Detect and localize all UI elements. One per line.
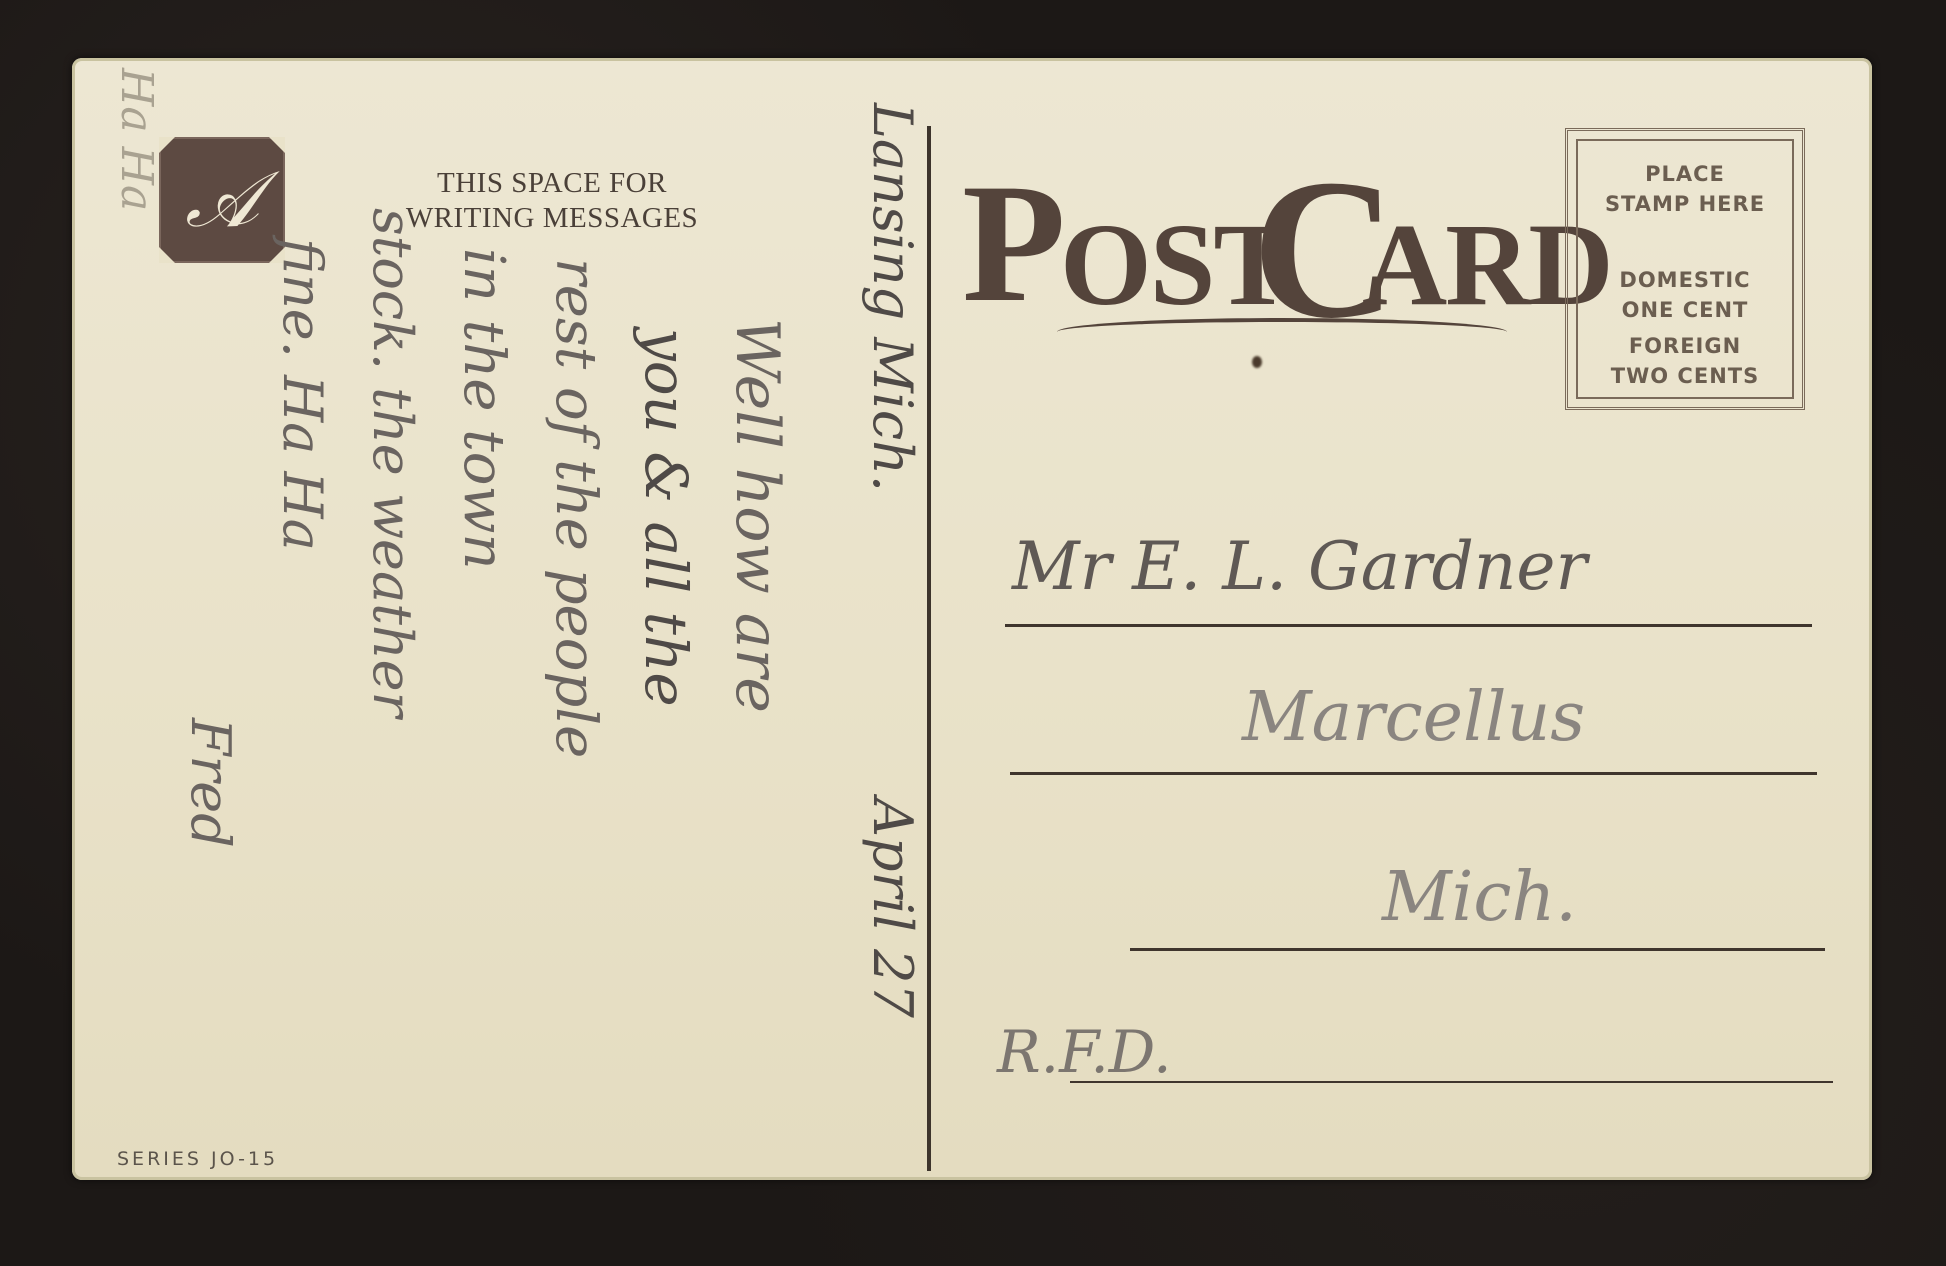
handwritten-place: Lansing Mich.: [861, 103, 924, 492]
stamp-text-two-cents: TWO CENTS: [1578, 361, 1792, 391]
monogram-logo-icon: 𝒜: [159, 137, 285, 263]
address-line-3: [1130, 948, 1825, 951]
address-line-2: [1010, 772, 1817, 775]
stamp-text-place: PLACE: [1578, 159, 1792, 189]
stamp-text-one-cent: ONE CENT: [1578, 295, 1792, 325]
address-city: Marcellus: [1242, 678, 1585, 757]
address-state: Mich.: [1382, 858, 1577, 937]
center-divider: [927, 126, 931, 1171]
handwritten-signature: Fred: [179, 718, 242, 848]
handwritten-line: you & all the: [632, 328, 700, 707]
title-letter-p: P: [962, 158, 1064, 328]
address-name: Mr E. L. Gardner: [1012, 528, 1587, 605]
address-line-4: [1070, 1081, 1833, 1083]
handwritten-line: rest of the people: [543, 258, 608, 758]
handwritten-line: Well how are: [722, 318, 792, 713]
heading-line-1: THIS SPACE FOR: [352, 166, 752, 201]
stamp-text-stamp-here: STAMP HERE: [1578, 189, 1792, 219]
handwritten-date: April 27: [861, 798, 924, 1018]
stamp-text-domestic: DOMESTIC: [1578, 265, 1792, 295]
address-route: R.F.D.: [997, 1018, 1172, 1086]
postcard: 𝒜 THIS SPACE FOR WRITING MESSAGES Lansin…: [72, 58, 1872, 1180]
monogram-glyph: 𝒜: [161, 139, 283, 261]
stamp-placement-box: PLACE STAMP HERE DOMESTIC ONE CENT FOREI…: [1565, 128, 1805, 410]
address-line-1: [1005, 624, 1812, 627]
handwritten-line: fine. Ha Ha: [271, 238, 334, 551]
stamp-foreign-rate: FOREIGN TWO CENTS: [1578, 331, 1792, 391]
stamp-box-inner-border: PLACE STAMP HERE DOMESTIC ONE CENT FOREI…: [1576, 139, 1794, 399]
postcard-title: P OST C ARD: [962, 158, 1532, 358]
stamp-domestic-rate: DOMESTIC ONE CENT: [1578, 265, 1792, 325]
handwritten-line: stock. the weather: [361, 208, 424, 717]
series-number: SERIES JO-15: [117, 1148, 278, 1170]
stamp-instruction: PLACE STAMP HERE: [1578, 159, 1792, 219]
ink-spot: [1252, 356, 1262, 368]
handwritten-margin-note: Ha Ha: [111, 68, 162, 211]
handwritten-line: in the town: [451, 248, 516, 570]
stamp-text-foreign: FOREIGN: [1578, 331, 1792, 361]
